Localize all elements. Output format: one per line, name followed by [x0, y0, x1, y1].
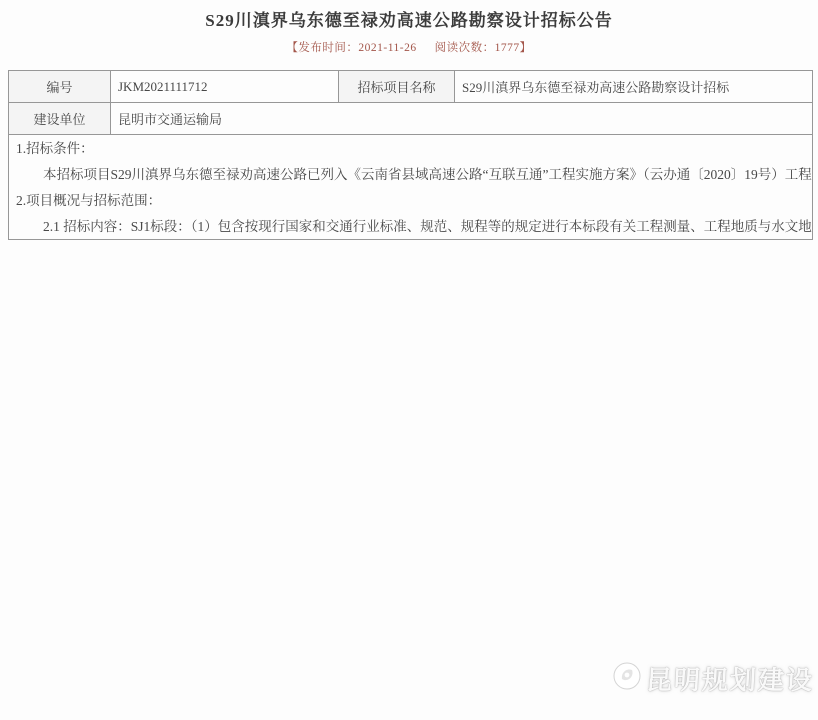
page-title: S29川滇界乌东德至禄劝高速公路勘察设计招标公告 — [0, 0, 818, 31]
section1-heading: 1.招标条件： — [16, 136, 805, 162]
section2-paragraph: 2.1 招标内容：SJ1标段：（1）包含按现行国家和交通行业标准、规范、规程等的… — [16, 214, 805, 240]
table-row: 编号 JKM2021111712 招标项目名称 S29川滇界乌东德至禄劝高速公路… — [9, 71, 813, 103]
watermark-text: 昆明规划建设 — [645, 660, 815, 697]
table-row: 1.招标条件： 本招标项目S29川滇界乌东德至禄劝高速公路已列入《云南省县域高速… — [9, 135, 813, 240]
read-count-value: 1777 — [495, 42, 520, 54]
tender-number-value: JKM2021111712 — [111, 71, 339, 103]
project-name-value: S29川滇界乌东德至禄劝高速公路勘察设计招标 — [455, 71, 813, 103]
read-count-label: 阅读次数： — [435, 42, 495, 54]
announcement-body-cell: 1.招标条件： 本招标项目S29川滇界乌东德至禄劝高速公路已列入《云南省县域高速… — [9, 135, 813, 240]
section1-paragraph: 本招标项目S29川滇界乌东德至禄劝高速公路已列入《云南省县域高速公路“互联互通”… — [16, 162, 805, 188]
announcement-page: S29川滇界乌东德至禄劝高速公路勘察设计招标公告 【发布时间：2021-11-2… — [0, 0, 818, 720]
section2-heading: 2.项目概况与招标范围： — [16, 188, 805, 214]
announcement-body: 1.招标条件： 本招标项目S29川滇界乌东德至禄劝高速公路已列入《云南省县域高速… — [16, 136, 805, 239]
construction-unit-label: 建设单位 — [9, 103, 111, 135]
table-row: 建设单位 昆明市交通运输局 — [9, 103, 813, 135]
project-name-label: 招标项目名称 — [339, 71, 455, 103]
publish-time-label: 发布时间： — [298, 42, 358, 54]
watermark-logo-icon — [612, 661, 642, 696]
publish-meta-line: 【发布时间：2021-11-26阅读次数：1777】 — [0, 39, 818, 55]
watermark: 昆明规划建设 — [612, 660, 814, 697]
tender-number-label: 编号 — [9, 71, 111, 103]
construction-unit-value: 昆明市交通运输局 — [111, 103, 813, 135]
meta-bracket-open: 【 — [286, 42, 298, 54]
meta-bracket-close: 】 — [520, 42, 532, 54]
publish-date: 2021-11-26 — [358, 42, 416, 54]
tender-info-table: 编号 JKM2021111712 招标项目名称 S29川滇界乌东德至禄劝高速公路… — [8, 70, 813, 240]
